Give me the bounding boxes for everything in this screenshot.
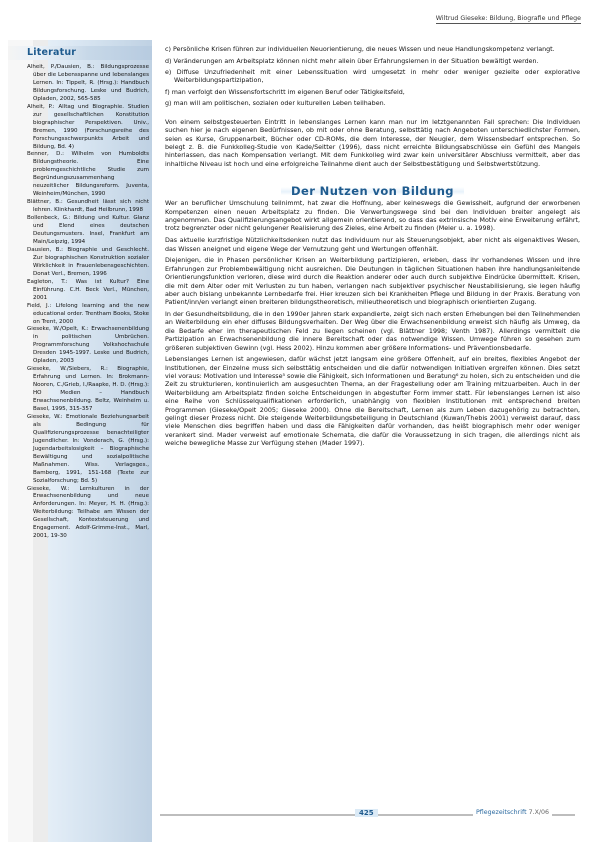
page-number: 425	[355, 809, 378, 817]
reference-item: Gieseke, W./Siebers, R.: Biographie, Erf…	[27, 366, 149, 414]
list-item: c) Persönliche Krisen führen zur individ…	[165, 46, 580, 54]
reference-list: Alheit, P./Dausien, B.: Bildungsprozesse…	[27, 64, 149, 541]
reference-item: Field, J.: Lifelong learning and the new…	[27, 303, 149, 327]
running-head: Wiltrud Gieseke: Bildung, Biografie und …	[436, 15, 581, 24]
reference-item: Eagleton, T.: Was ist Kultur? Eine Einfü…	[27, 279, 149, 303]
reference-item: Bollenbeck, G.: Bildung und Kultur. Glan…	[27, 215, 149, 247]
reference-item: Alheit, P./Dausien, B.: Bildungsprozesse…	[27, 64, 149, 104]
page-footer: 425 Pflegezeitschrift 7.X/06	[160, 810, 580, 820]
paragraph: Von einem selbstgesteuerten Eintritt in …	[165, 119, 580, 169]
journal-issue: 7.X/06	[529, 809, 549, 816]
list-item: f) man verfolgt den Wissensfortschritt i…	[165, 89, 580, 97]
reference-item: Dausien, B.: Biographie und Geschlecht. …	[27, 247, 149, 279]
reference-item: Blättner, B.: Gesundheit lässt sich nich…	[27, 199, 149, 215]
list-item: g) man will am politischen, sozialen ode…	[165, 100, 580, 108]
journal-name: Pflegezeitschrift 7.X/06	[473, 809, 552, 816]
paragraph: Wer an beruflicher Umschulung teilnimmt,…	[165, 200, 580, 233]
paragraph: Diejenigen, die in Phasen persönlicher K…	[165, 257, 580, 307]
reference-item: Gieseke, W.: Emotionale Beziehungsarbeit…	[27, 414, 149, 486]
paragraph: Lebenslanges Lernen ist angewiesen, dafü…	[165, 356, 580, 448]
literature-sidebar: Literatur Alheit, P./Dausien, B.: Bildun…	[8, 40, 152, 842]
reference-item: Alheit, P.: Alltag und Biographie. Studi…	[27, 104, 149, 152]
journal-title: Pflegezeitschrift	[476, 809, 527, 816]
section-heading-text: Der Nutzen von Bildung	[281, 187, 464, 195]
enumerated-list: c) Persönliche Krisen führen zur individ…	[165, 46, 580, 109]
main-text-column: c) Persönliche Krisen führen zur individ…	[165, 46, 580, 452]
section-heading: Der Nutzen von Bildung	[165, 187, 580, 197]
reference-item: Benner, D.: Wilhelm von Humboldts Bildun…	[27, 151, 149, 199]
list-item: d) Veränderungen am Arbeitsplatz können …	[165, 58, 580, 66]
sidebar-title: Literatur	[27, 47, 76, 58]
reference-item: Gieseke, W./Opelt, K.: Erwachsenenbildun…	[27, 326, 149, 366]
list-item: e) Diffuse Unzufriedenheit mit einer Leb…	[165, 69, 580, 86]
paragraph: Das aktuelle kurzfristige Nützlichkeitsd…	[165, 237, 580, 254]
paragraph: In der Gesundheitsbildung, die in den 19…	[165, 311, 580, 353]
reference-item: Gieseke, W.: Lernkulturen in der Erwachs…	[27, 486, 149, 542]
